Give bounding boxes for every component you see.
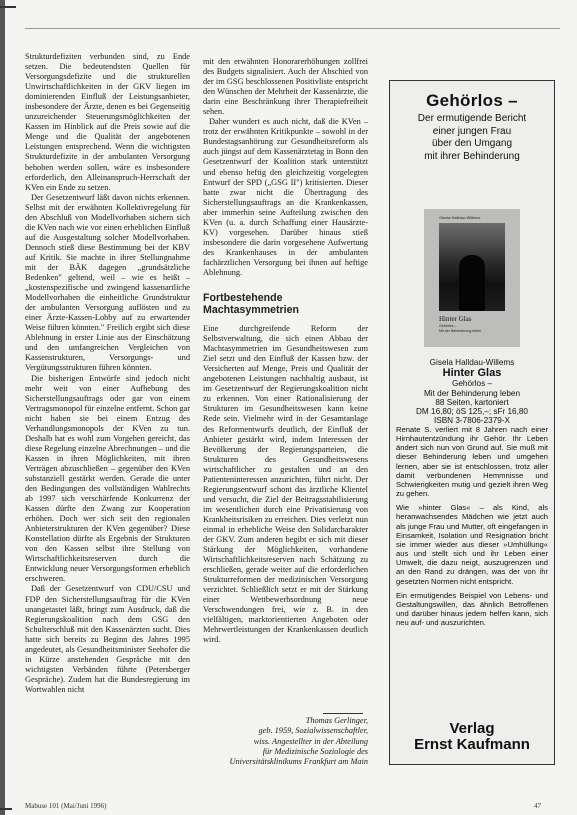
book-price: DM 16,80; öS 125,–; sFr 16,80 <box>390 407 554 416</box>
spine-tick <box>0 808 12 810</box>
cover-author: Gisela Halldau-Willems <box>439 215 480 220</box>
top-rule <box>25 28 560 29</box>
author-rule <box>323 713 363 714</box>
author-line: Universitätsklinikums Frankfurt am Main <box>203 757 368 767</box>
spine-tick <box>0 6 16 8</box>
book-subtitle: Gehörlos – <box>390 379 554 388</box>
article-column-2: mit den erwähnten Honorarerhöhungen zoll… <box>203 57 368 707</box>
book-pages: 88 Seiten, kartoniert <box>390 398 554 407</box>
page-number: 47 <box>534 802 541 810</box>
book-advertisement: Gehörlos – Der ermutigende Bericht einer… <box>389 80 555 765</box>
ad-sub-line: über den Umgang <box>390 138 554 151</box>
paragraph: mit den erwähnten Honorarerhöhungen zoll… <box>203 57 368 117</box>
book-details: Gisela Halldau-Willems Hinter Glas Gehör… <box>390 358 554 426</box>
author-line: wiss. Angestellter in der Abteilung <box>203 737 368 747</box>
book-author: Gisela Halldau-Willems <box>390 358 554 367</box>
paragraph: Daher wundert es auch nicht, daß die KVe… <box>203 117 368 278</box>
ad-paragraph: Renate S. verliert mit 8 Jahren nach ein… <box>396 425 548 498</box>
cover-photo <box>439 223 505 311</box>
ad-description: Renate S. verliert mit 8 Jahren nach ein… <box>396 425 548 632</box>
ad-sub-line: Der ermutigende Bericht <box>390 113 554 126</box>
author-name: Thomas Gerlinger, <box>203 716 368 726</box>
publisher-line: Ernst Kaufmann <box>390 737 554 753</box>
paragraph: Daß der Gesetzentwurf von CDU/CSU und FD… <box>25 584 190 695</box>
cover-subtitle: Gehörlos – <box>439 324 457 328</box>
author-line: für Medizinische Soziologie des <box>203 747 368 757</box>
footer-issue: Mabuse 101 (Mai/Juni 1996) <box>25 802 106 810</box>
book-subtitle-2: Mit der Behinderung leben <box>390 389 554 398</box>
author-line: geb. 1959, Sozialwissenschaftler, <box>203 726 368 736</box>
page-spine-edge <box>0 0 5 815</box>
paragraph: Die bisherigen Entwürfe sind jedoch nich… <box>25 374 190 585</box>
section-subheading: Fortbestehende Machtasymmetrien <box>203 292 368 316</box>
ad-paragraph: Ein ermutigendes Beispiel von Lebens- un… <box>396 591 548 628</box>
cover-title: Hinter Glas <box>439 315 471 323</box>
cover-subtitle: Mit der Behinderung leben <box>439 329 481 333</box>
ad-sub-line: mit ihrer Behinderung <box>390 151 554 164</box>
ad-headline: Gehörlos – <box>390 91 554 111</box>
ad-subheadline: Der ermutigende Bericht einer jungen Fra… <box>390 113 554 163</box>
paragraph: Der Gesetzentwurf läßt davon nichts erke… <box>25 193 190 374</box>
article-column-1: Strukturdefiziten verbunden sind, zu End… <box>25 52 190 742</box>
paragraph: Strukturdefiziten verbunden sind, zu End… <box>25 52 190 193</box>
publisher-line: Verlag <box>390 721 554 737</box>
paragraph: Eine durchgreifende Reform der Selbstver… <box>203 324 368 646</box>
book-cover-image: Gisela Halldau-Willems Hinter Glas Gehör… <box>424 209 520 347</box>
ad-sub-line: einer jungen Frau <box>390 126 554 139</box>
ad-paragraph: Wie »hinter Glas« – als Kind, als heranw… <box>396 503 548 585</box>
book-title: Hinter Glas <box>390 367 554 379</box>
publisher-logo: Verlag Ernst Kaufmann <box>390 721 554 753</box>
author-bio: Thomas Gerlinger, geb. 1959, Sozialwisse… <box>203 716 368 767</box>
